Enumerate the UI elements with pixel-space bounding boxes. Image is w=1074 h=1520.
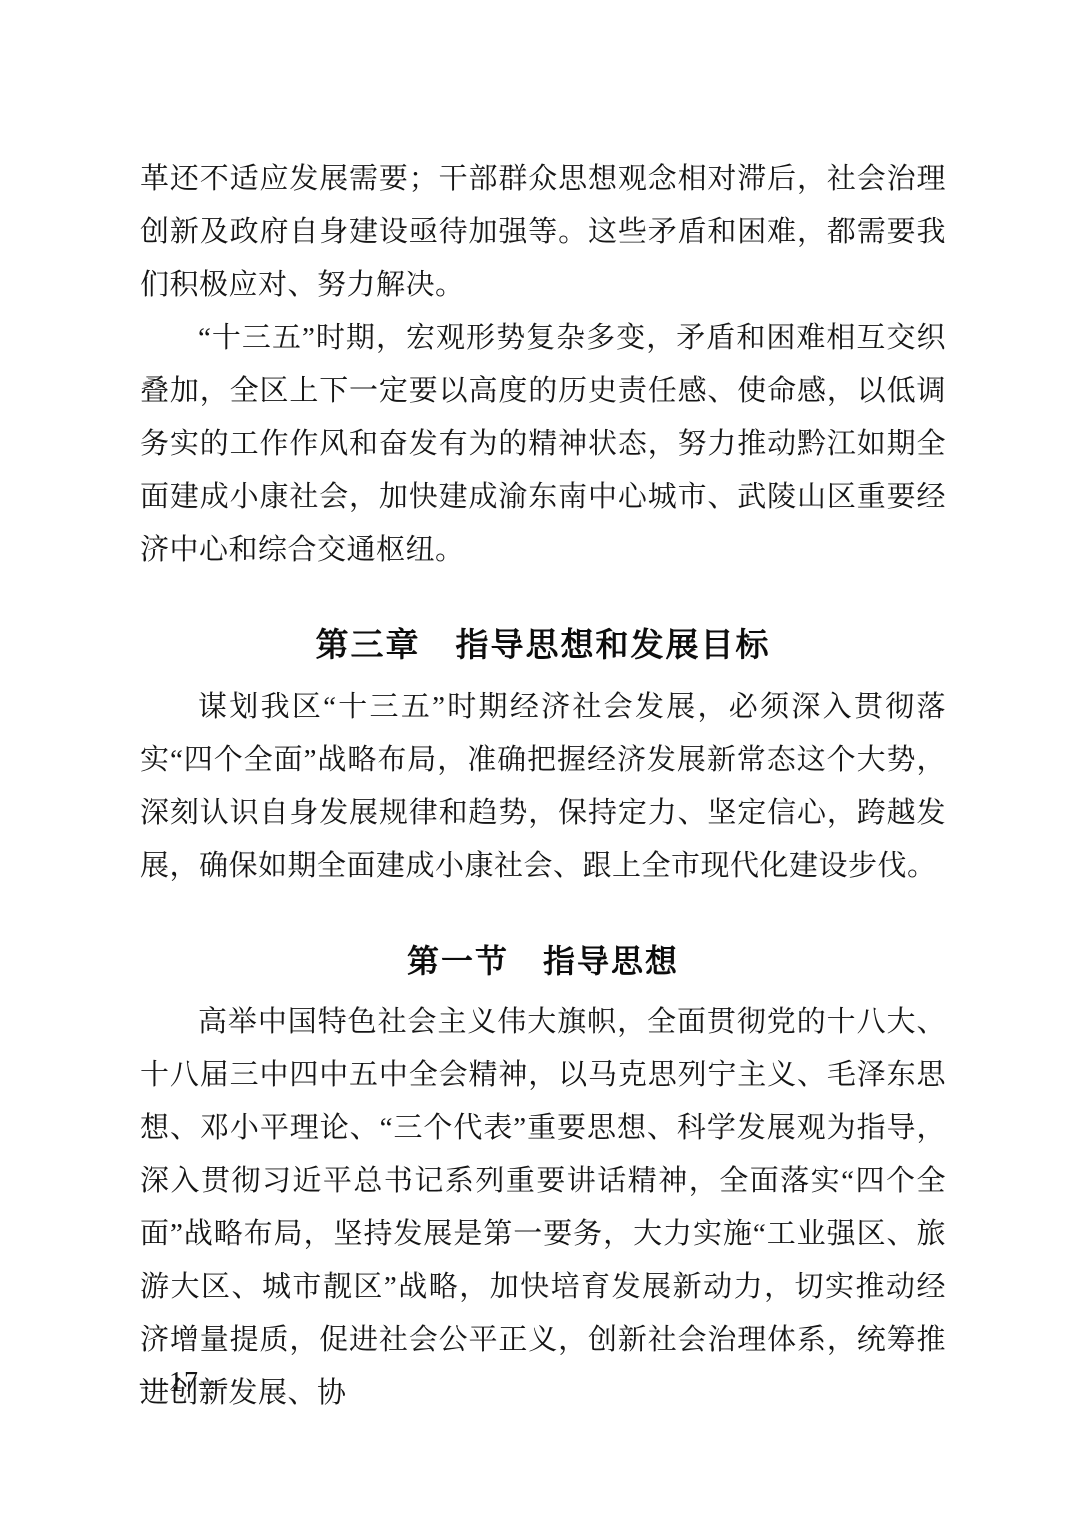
paragraph-guiding-ideology: 高举中国特色社会主义伟大旗帜，全面贯彻党的十八大、十八届三中四中五中全会精神，以… — [140, 996, 946, 1420]
paragraph-continuation: 革还不适应发展需要；干部群众思想观念相对滞后，社会治理创新及政府自身建设亟待加强… — [140, 153, 946, 312]
paragraph-chapter-intro: 谋划我区“十三五”时期经济社会发展，必须深入贯彻落实“四个全面”战略布局，准确把… — [140, 681, 946, 893]
chapter-heading: 第三章 指导思想和发展目标 — [140, 618, 946, 671]
document-page: 革还不适应发展需要；干部群众思想观念相对滞后，社会治理创新及政府自身建设亟待加强… — [0, 0, 1074, 1520]
document-body: 革还不适应发展需要；干部群众思想观念相对滞后，社会治理创新及政府自身建设亟待加强… — [140, 153, 946, 1420]
page-number: —17— — [140, 1363, 228, 1403]
section-heading: 第一节 指导思想 — [140, 935, 946, 988]
paragraph-thirteenth-five-period: “十三五”时期，宏观形势复杂多变，矛盾和困难相互交织叠加，全区上下一定要以高度的… — [140, 312, 946, 577]
